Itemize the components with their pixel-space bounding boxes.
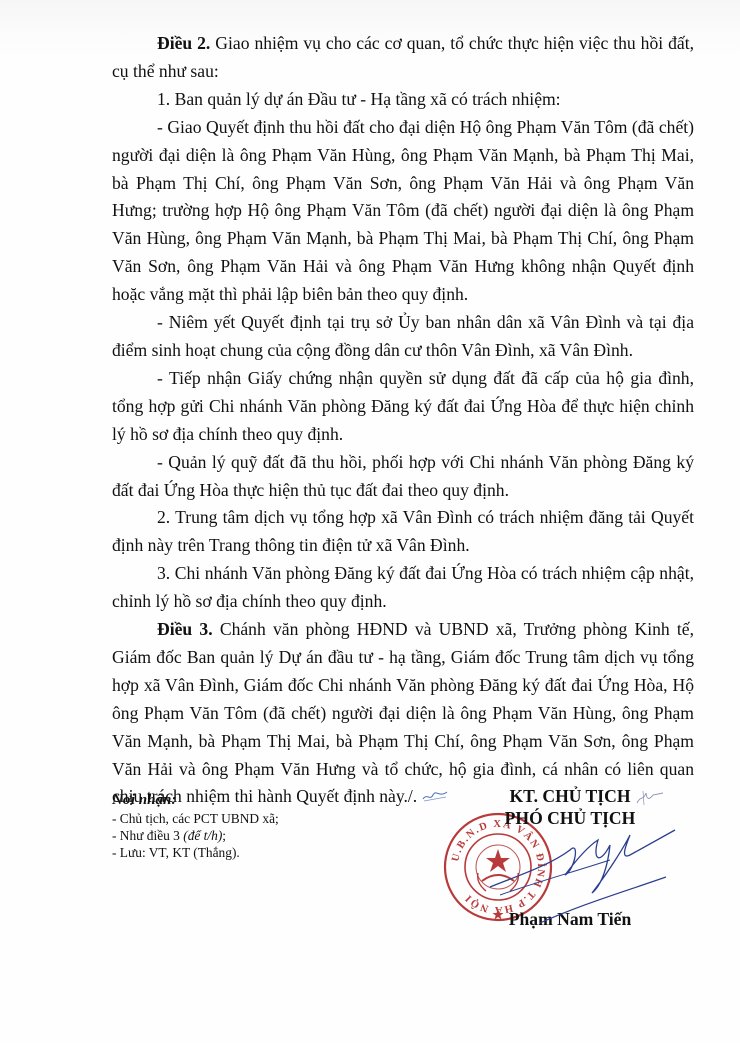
article-2-item-1-bullet-2: - Niêm yết Quyết định tại trụ sở Ủy ban … <box>112 309 694 365</box>
decision-body: Điều 2. Giao nhiệm vụ cho các cơ quan, t… <box>112 30 694 811</box>
article-2-item-2: 2. Trung tâm dịch vụ tổng hợp xã Vân Đìn… <box>112 504 694 560</box>
recipients-heading: Nơi nhận: <box>112 792 412 809</box>
article-2-label: Điều 2. <box>157 33 210 53</box>
article-3: Điều 3. Chánh văn phòng HĐND và UBND xã,… <box>112 616 694 811</box>
article-3-label: Điều 3. <box>157 619 213 639</box>
handwritten-signature-icon <box>480 815 680 925</box>
article-2-item-1-bullet-4: - Quản lý quỹ đất đã thu hồi, phối hợp v… <box>112 449 694 505</box>
recipient-item: - Như điều 3 (để t/h); <box>112 827 412 844</box>
article-2-item-1-title: 1. Ban quản lý dự án Đầu tư - Hạ tầng xã… <box>112 86 694 114</box>
recipient-item: - Lưu: VT, KT (Thắng). <box>112 844 412 861</box>
recipient-item: - Chủ tịch, các PCT UBND xã; <box>112 810 412 827</box>
article-2-item-1-bullet-3: - Tiếp nhận Giấy chứng nhận quyền sử dụn… <box>112 365 694 449</box>
article-2-item-1-bullet-1: - Giao Quyết định thu hồi đất cho đại di… <box>112 114 694 309</box>
approval-initials-icon <box>635 789 665 807</box>
article-2-intro: Điều 2. Giao nhiệm vụ cho các cơ quan, t… <box>112 30 694 86</box>
document-page: Điều 2. Giao nhiệm vụ cho các cơ quan, t… <box>0 0 740 1043</box>
recipients-list: Nơi nhận: - Chủ tịch, các PCT UBND xã; -… <box>112 792 412 861</box>
article-2-item-3: 3. Chi nhánh Văn phòng Đăng ký đất đai Ứ… <box>112 560 694 616</box>
signature-block: KT. CHỦ TỊCH PHÓ CHỦ TỊCH U.B.N.D XÃ VÂN… <box>440 785 680 945</box>
